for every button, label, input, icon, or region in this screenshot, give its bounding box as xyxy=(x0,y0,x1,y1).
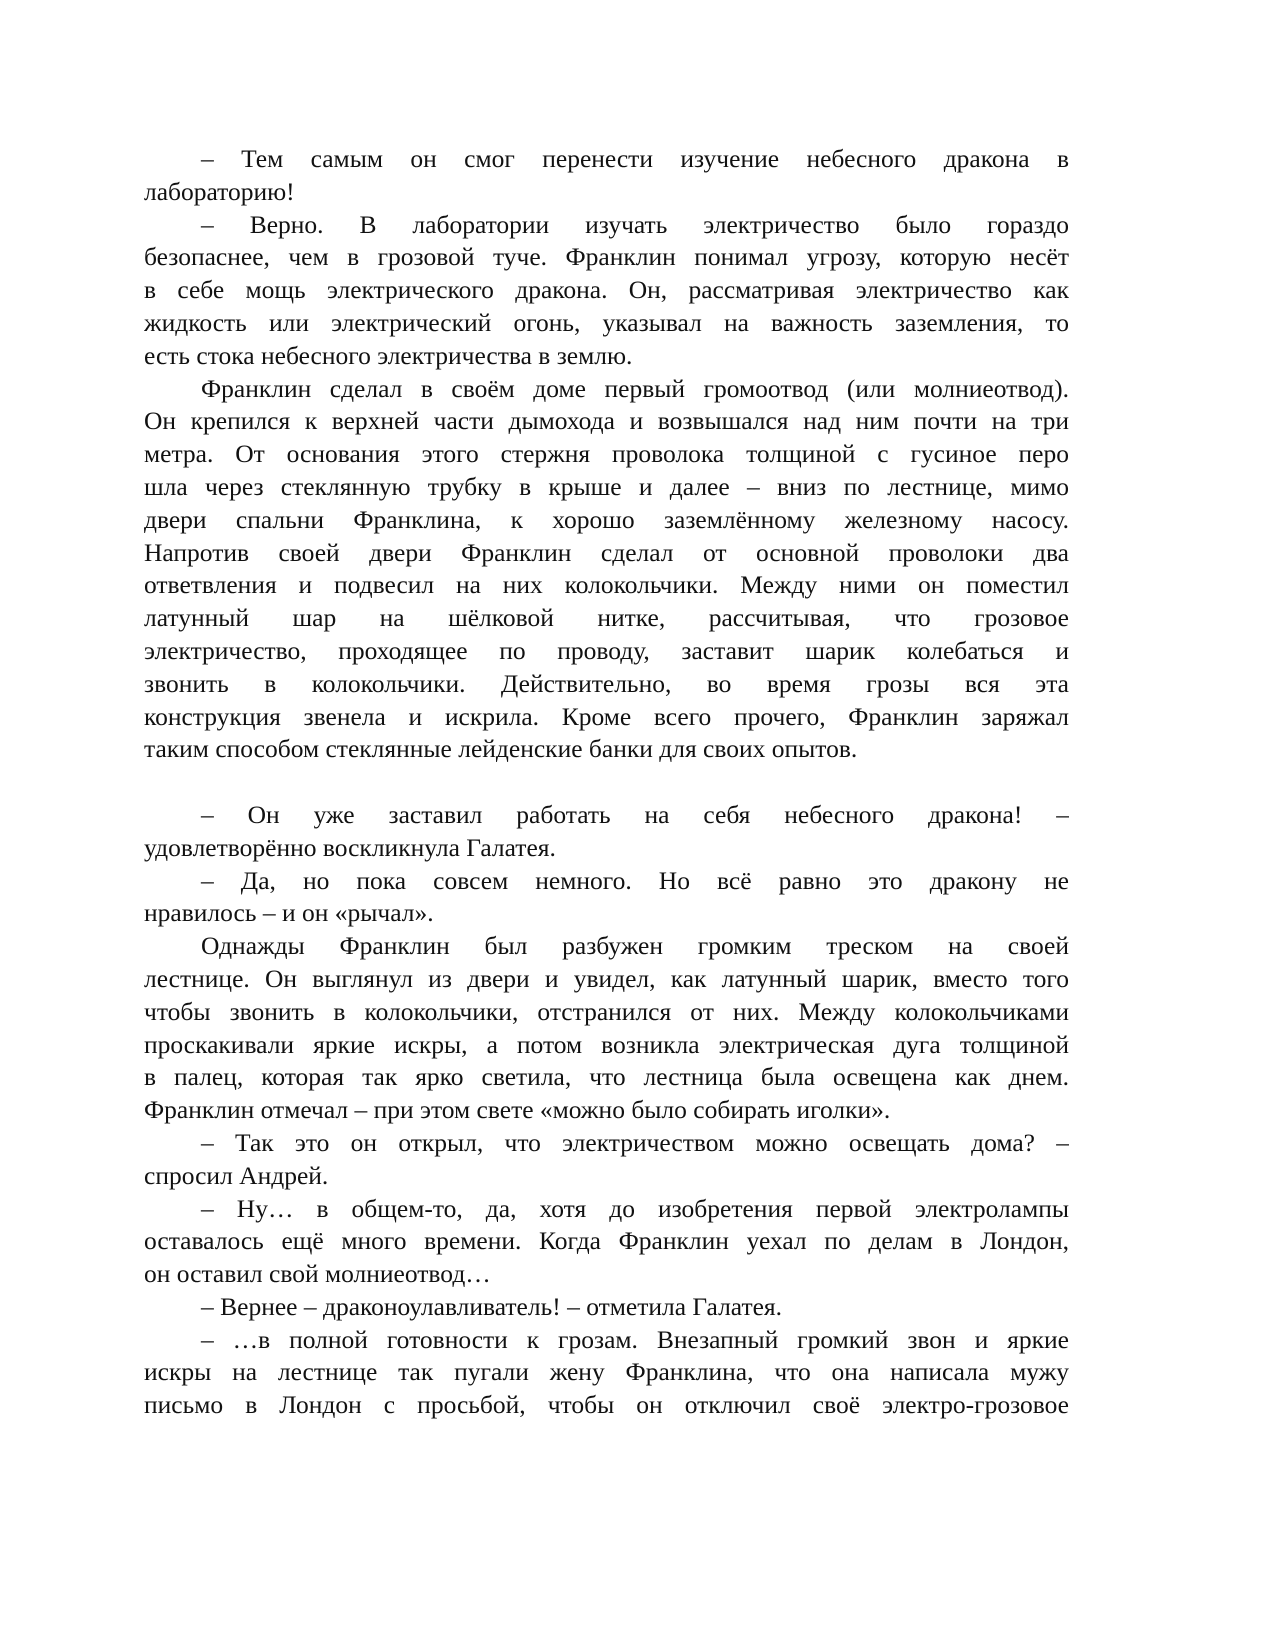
text-line: искры на лестнице так пугали жену Франкл… xyxy=(144,1356,1069,1389)
paragraph: – Он уже заставил работать на себя небес… xyxy=(144,799,1069,865)
text-line: в себе мощь электрического дракона. Он, … xyxy=(144,274,1069,307)
text-line: – Да, но пока совсем немного. Но всё рав… xyxy=(144,865,1069,898)
paragraph: – Да, но пока совсем немного. Но всё рав… xyxy=(144,865,1069,931)
paragraph: Франклин сделал в своём доме первый гром… xyxy=(144,373,1069,767)
paragraph: – Вернее – драконоулавливатель! – отмети… xyxy=(144,1291,1069,1324)
paragraph: – Так это он открыл, что электричеством … xyxy=(144,1127,1069,1193)
text-line: безопаснее, чем в грозовой туче. Франкли… xyxy=(144,241,1069,274)
section-break xyxy=(144,766,1069,799)
text-line: в палец, которая так ярко светила, что л… xyxy=(144,1061,1069,1094)
text-line: Однажды Франклин был разбужен громким тр… xyxy=(144,930,1069,963)
text-line: лабораторию! xyxy=(144,176,1069,209)
text-line: Напротив своей двери Франклин сделал от … xyxy=(144,537,1069,570)
text-line: Франклин отмечал – при этом свете «можно… xyxy=(144,1094,1069,1127)
document-page: – Тем самым он смог перенести изучение н… xyxy=(144,143,1069,1422)
text-line: письмо в Лондон с просьбой, чтобы он отк… xyxy=(144,1389,1069,1422)
text-line: нравилось – и он «рычал». xyxy=(144,897,1069,930)
text-line: – Так это он открыл, что электричеством … xyxy=(144,1127,1069,1160)
text-line: лестнице. Он выглянул из двери и увидел,… xyxy=(144,963,1069,996)
text-line: он оставил свой молниеотвод… xyxy=(144,1258,1069,1291)
text-line: Франклин сделал в своём доме первый гром… xyxy=(144,373,1069,406)
text-line: удовлетворённо воскликнула Галатея. xyxy=(144,832,1069,865)
text-line: метра. От основания этого стержня провол… xyxy=(144,438,1069,471)
paragraph: – Верно. В лаборатории изучать электриче… xyxy=(144,209,1069,373)
text-line: спросил Андрей. xyxy=(144,1160,1069,1193)
text-line: оставалось ещё много времени. Когда Фран… xyxy=(144,1225,1069,1258)
paragraph: – Ну… в общем-то, да, хотя до изобретени… xyxy=(144,1193,1069,1291)
text-line: таким способом стеклянные лейденские бан… xyxy=(144,733,1069,766)
text-line: двери спальни Франклина, к хорошо заземл… xyxy=(144,504,1069,537)
text-line: жидкость или электрический огонь, указыв… xyxy=(144,307,1069,340)
paragraph: – …в полной готовности к грозам. Внезапн… xyxy=(144,1324,1069,1422)
text-line: Он крепился к верхней части дымохода и в… xyxy=(144,405,1069,438)
text-line: конструкция звенела и искрила. Кроме все… xyxy=(144,701,1069,734)
text-line: ответвления и подвесил на них колокольчи… xyxy=(144,569,1069,602)
text-line: звонить в колокольчики. Действительно, в… xyxy=(144,668,1069,701)
text-line: электричество, проходящее по проводу, за… xyxy=(144,635,1069,668)
text-line: – Верно. В лаборатории изучать электриче… xyxy=(144,209,1069,242)
text-line: латунный шар на шёлковой нитке, рассчиты… xyxy=(144,602,1069,635)
text-line: – Вернее – драконоулавливатель! – отмети… xyxy=(144,1291,1069,1324)
text-line: – Он уже заставил работать на себя небес… xyxy=(144,799,1069,832)
text-line: – Ну… в общем-то, да, хотя до изобретени… xyxy=(144,1193,1069,1226)
text-line: – Тем самым он смог перенести изучение н… xyxy=(144,143,1069,176)
text-line: – …в полной готовности к грозам. Внезапн… xyxy=(144,1324,1069,1357)
text-line: шла через стеклянную трубку в крыше и да… xyxy=(144,471,1069,504)
paragraph: Однажды Франклин был разбужен громким тр… xyxy=(144,930,1069,1127)
text-line: проскакивали яркие искры, а потом возник… xyxy=(144,1029,1069,1062)
paragraph: – Тем самым он смог перенести изучение н… xyxy=(144,143,1069,209)
text-line: чтобы звонить в колокольчики, отстранилс… xyxy=(144,996,1069,1029)
text-line: есть стока небесного электричества в зем… xyxy=(144,340,1069,373)
